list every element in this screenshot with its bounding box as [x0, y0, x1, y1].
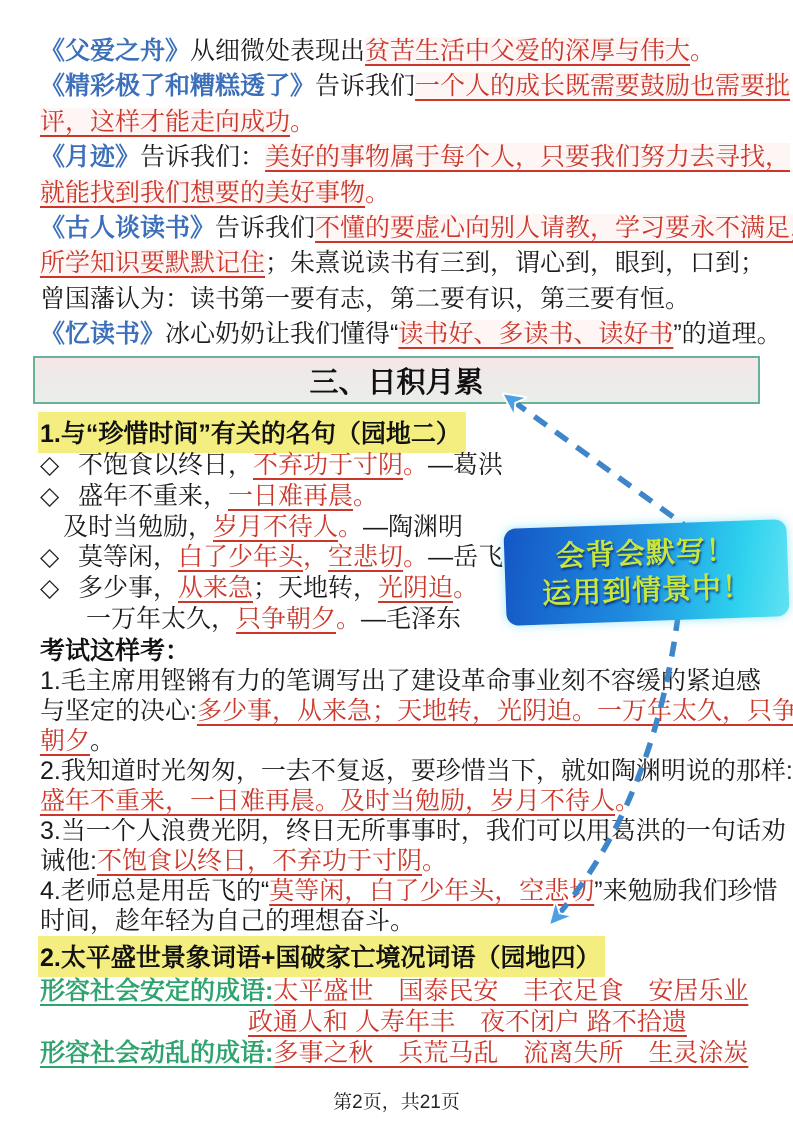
text-segment: 莫等闲， — [78, 543, 178, 571]
text-segment: 时间，趁年轻为自己的理想奋斗。 — [40, 907, 415, 935]
text-segment: 。 — [690, 37, 715, 65]
text-segment: 就能找到我们想要的美好事物 — [40, 179, 365, 207]
text-segment: 形容社会安定的成语: — [40, 977, 273, 1005]
text-line: 《父爱之舟》从细微处表现出贫苦生活中父爱的深厚与伟大。 — [40, 34, 762, 69]
text-line: 诫他:不饱食以终日，不弃功于寸阴。 — [40, 846, 793, 876]
text-segment: 只争朝夕 — [236, 605, 336, 633]
text-segment: 1.毛主席用铿锵有力的笔调写出了建设革命事业刻不容缓的紧迫感 — [40, 667, 761, 695]
text-line: ◇盛年不重来，一日难再晨。 — [40, 481, 503, 512]
text-segment: 岁月不待人 — [213, 513, 338, 541]
section2-heading: 2.太平盛世景象词语+国破家亡境况词语（园地四） — [38, 936, 605, 977]
text-segment: 不饱食以终日， — [78, 451, 253, 479]
text-line: 形容社会动乱的成语:多事之秋 兵荒马乱 流离失所 生灵涂炭 — [40, 1038, 748, 1069]
text-line: 及时当勉励，岁月不待人。—陶渊明 — [40, 512, 503, 543]
text-segment: 空悲切 — [328, 543, 403, 571]
text-line: 与坚定的决心:多少事，从来急；天地转，光阴迫。一万年太久，只争 — [40, 696, 793, 726]
section-header-title: 三、日积月累 — [309, 360, 483, 401]
exam-list: 1.毛主席用铿锵有力的笔调写出了建设革命事业刻不容缓的紧迫感与坚定的决心:多少事… — [40, 666, 793, 936]
text-segment: 告诉我们 — [315, 72, 415, 100]
diamond-bullet-icon: ◇ — [40, 573, 78, 604]
text-segment: 莫等闲，白了少年头，空悲切 — [269, 877, 594, 905]
text-segment: 4.老师总是用岳飞的“ — [40, 877, 269, 905]
text-line: 4.老师总是用岳飞的“莫等闲，白了少年头，空悲切”来勉励我们珍惜 — [40, 876, 793, 906]
text-line: ◇不饱食以终日，不弃功于寸阴。—葛洪 — [40, 450, 503, 481]
text-segment: 一万年太久， — [86, 605, 236, 633]
text-segment: 《月迹》 — [40, 143, 140, 171]
text-segment: 美好的事物属于每个人，只要我们努力去寻找， — [265, 143, 790, 171]
text-line: ◇多少事，从来急；天地转，光阴迫。 — [40, 573, 503, 604]
intro-paragraph: 《父爱之舟》从细微处表现出贫苦生活中父爱的深厚与伟大。《精彩极了和糟糕透了》告诉… — [40, 34, 762, 353]
arrow-upper-segment — [506, 396, 694, 532]
text-segment: 不弃功于寸阴 — [253, 451, 403, 479]
text-segment: 一个人的成长既需要鼓励也需要批 — [415, 72, 790, 100]
quote-list: ◇不饱食以终日，不弃功于寸阴。—葛洪◇盛年不重来，一日难再晨。及时当勉励，岁月不… — [40, 450, 503, 635]
text-segment: 。 — [353, 482, 378, 510]
text-segment: 。 — [422, 847, 447, 875]
section1-heading: 1.与“珍惜时间”有关的名句（园地二） — [38, 412, 466, 453]
text-segment: 与坚定的决心: — [40, 697, 197, 725]
text-line: 2.我知道时光匆匆，一去不复返，要珍惜当下，就如陶渊明说的那样: — [40, 756, 793, 786]
text-segment: 政通人和 人寿年丰 夜不闭户 路不拾遗 — [248, 1008, 687, 1036]
diamond-bullet-icon: ◇ — [40, 481, 78, 512]
text-segment: 评，这样才能走向成功 — [40, 108, 290, 136]
text-line: 曾国藩认为：读书第一要有志，第二要有识，第三要有恒。 — [40, 282, 762, 317]
text-line: 《忆读书》冰心奶奶让我们懂得“读书好、多读书、读好书”的道理。 — [40, 317, 762, 352]
text-segment: 诫他: — [40, 847, 97, 875]
text-segment: —陶渊明 — [363, 513, 463, 541]
text-line: 一万年太久，只争朝夕。—毛泽东 — [40, 604, 503, 635]
text-line: 《古人谈读书》告诉我们不懂的要虚心向别人请教，学习要永不满足， — [40, 211, 762, 246]
highlight-badge: 会背会默写！ 运用到情景中！ — [503, 519, 789, 626]
text-segment: —岳飞 — [428, 543, 503, 571]
text-segment: —毛泽东 — [361, 605, 461, 633]
text-segment: 2.我知道时光匆匆，一去不复返，要珍惜当下，就如陶渊明说的那样: — [40, 757, 793, 785]
text-segment: 。 — [615, 787, 640, 815]
text-segment: 冰心奶奶让我们懂得“ — [165, 320, 398, 348]
text-segment: 告诉我们： — [140, 143, 265, 171]
text-segment: 贫苦生活中父爱的深厚与伟大 — [365, 37, 690, 65]
text-segment: ， — [303, 543, 328, 571]
badge-line-2: 运用到情景中！ — [542, 569, 753, 613]
text-segment: 。 — [290, 108, 315, 136]
idiom-list: 形容社会安定的成语:太平盛世 国泰民安 丰衣足食 安居乐业政通人和 人寿年丰 夜… — [40, 976, 748, 1069]
text-segment: 《精彩极了和糟糕透了》 — [40, 72, 315, 100]
text-segment: 光阴迫 — [378, 574, 453, 602]
text-segment: 及时当勉励， — [63, 513, 213, 541]
diamond-bullet-icon: ◇ — [40, 450, 78, 481]
document-page: 《父爱之舟》从细微处表现出贫苦生活中父爱的深厚与伟大。《精彩极了和糟糕透了》告诉… — [0, 0, 793, 1122]
text-segment: 从来急 — [178, 574, 253, 602]
text-line: 评，这样才能走向成功。 — [40, 105, 762, 140]
text-segment: ；天地转， — [253, 574, 378, 602]
text-line: ◇莫等闲，白了少年头，空悲切。—岳飞 — [40, 542, 503, 573]
text-segment: 。 — [336, 605, 361, 633]
text-segment: 。 — [338, 513, 363, 541]
text-segment: 。 — [90, 727, 115, 755]
text-segment: 盛年不重来，一日难再晨。及时当勉励，岁月不待人 — [40, 787, 615, 815]
text-line: 朝夕。 — [40, 726, 793, 756]
text-segment: 从细微处表现出 — [190, 37, 365, 65]
text-segment: 《忆读书》 — [40, 320, 165, 348]
text-segment: 太平盛世 国泰民安 丰衣足食 安居乐业 — [273, 977, 748, 1005]
text-segment: 所学知识要默默记住 — [40, 249, 265, 277]
text-segment: 读书好、多读书、读好书 — [398, 320, 673, 348]
text-segment: 曾国藩认为：读书第一要有志，第二要有识，第三要有恒。 — [40, 285, 690, 313]
text-line: 《月迹》告诉我们：美好的事物属于每个人，只要我们努力去寻找， — [40, 140, 762, 175]
text-line: 形容社会安定的成语:太平盛世 国泰民安 丰衣足食 安居乐业 — [40, 976, 748, 1007]
text-segment: 《古人谈读书》 — [40, 214, 215, 242]
badge-line-1: 会背会默写！ — [555, 532, 736, 575]
text-segment: 。 — [453, 574, 478, 602]
text-segment: ”来勉励我们珍惜 — [594, 877, 777, 905]
text-segment: 多事之秋 兵荒马乱 流离失所 生灵涂炭 — [273, 1039, 748, 1067]
text-segment: ；朱熹说读书有三到，谓心到，眼到，口到； — [265, 249, 765, 277]
exam-section: 考试这样考： 1.毛主席用铿锵有力的笔调写出了建设革命事业刻不容缓的紧迫感与坚定… — [40, 636, 793, 936]
text-line: 盛年不重来，一日难再晨。及时当勉励，岁月不待人。 — [40, 786, 793, 816]
section-header-box: 三、日积月累 — [33, 356, 760, 404]
text-segment: 不饱食以终日，不弃功于寸阴 — [97, 847, 422, 875]
text-segment: 盛年不重来， — [78, 482, 228, 510]
text-segment: 多少事， — [78, 574, 178, 602]
text-line: 1.毛主席用铿锵有力的笔调写出了建设革命事业刻不容缓的紧迫感 — [40, 666, 793, 696]
text-segment: 形容社会动乱的成语: — [40, 1039, 273, 1067]
text-line: 《精彩极了和糟糕透了》告诉我们一个人的成长既需要鼓励也需要批 — [40, 69, 762, 104]
text-segment: 告诉我们 — [215, 214, 315, 242]
text-segment: 不懂的要虚心向别人请教，学习要永不满足， — [315, 214, 793, 242]
text-segment: 多少事，从来急；天地转，光阴迫。一万年太久，只争 — [197, 697, 793, 725]
text-line: 政通人和 人寿年丰 夜不闭户 路不拾遗 — [40, 1007, 748, 1038]
text-segment: 白了少年头 — [178, 543, 303, 571]
text-line: 3.当一个人浪费光阴，终日无所事事时，我们可以用葛洪的一句话劝 — [40, 816, 793, 846]
text-segment: 。 — [403, 543, 428, 571]
text-line: 所学知识要默默记住；朱熹说读书有三到，谓心到，眼到，口到； — [40, 246, 762, 281]
text-segment: 《父爱之舟》 — [40, 37, 190, 65]
text-segment: 朝夕 — [40, 727, 90, 755]
diamond-bullet-icon: ◇ — [40, 542, 78, 573]
footer-page-number: 第2页，共21页 — [0, 1087, 793, 1114]
text-line: 时间，趁年轻为自己的理想奋斗。 — [40, 906, 793, 936]
text-line: 就能找到我们想要的美好事物。 — [40, 176, 762, 211]
text-segment: ”的道理。 — [673, 320, 781, 348]
text-segment: —葛洪 — [428, 451, 503, 479]
exam-label: 考试这样考： — [40, 636, 793, 666]
text-segment: 3.当一个人浪费光阴，终日无所事事时，我们可以用葛洪的一句话劝 — [40, 817, 786, 845]
text-segment: 一日难再晨 — [228, 482, 353, 510]
text-segment: 。 — [365, 179, 390, 207]
text-segment: 。 — [403, 451, 428, 479]
